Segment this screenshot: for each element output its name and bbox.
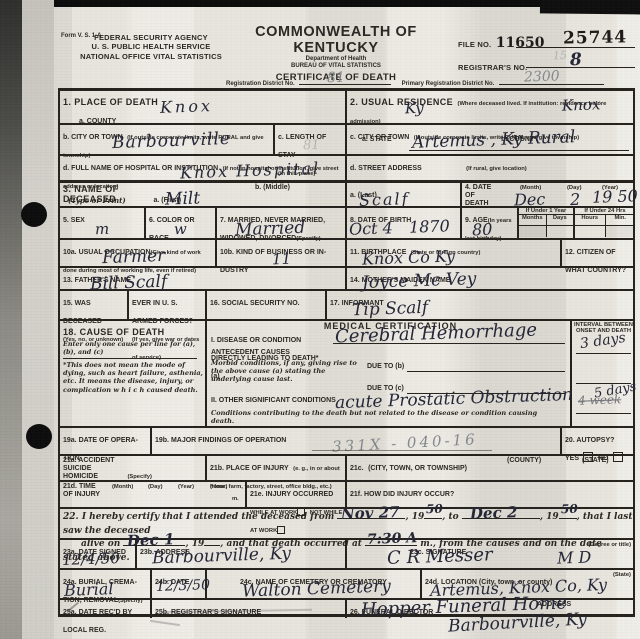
industry-value: 11 (272, 250, 292, 269)
cause-note1: Enter only one cause per line for (a), (… (63, 340, 203, 356)
color-race-label: 6. COLOR OR RACE (149, 217, 195, 242)
field-color-race: 6. COLOR OR RACE w (146, 208, 217, 240)
signature-degree-value: M D (557, 547, 592, 567)
marital-value: Married (235, 218, 306, 240)
date-of-death-label: 4. DATE OF DEATH (465, 184, 499, 208)
file-no-extra-stamped: 25744 (563, 27, 627, 48)
antecedent-label: ANTECEDENT CAUSES (211, 349, 290, 357)
signature-value: C R Messer (387, 544, 493, 569)
agency-block: FEDERAL SECURITY AGENCY U. S. PUBLIC HEA… (66, 33, 236, 61)
disease-label1: I. DISEASE OR CONDITION (211, 337, 301, 344)
scan-margin-band (22, 0, 54, 639)
field-city-of-death: b. CITY OR TOWN (If outside corporate li… (60, 125, 275, 156)
county-label: a. COUNTY (79, 118, 116, 125)
occupation-value: Farmer (102, 246, 166, 268)
months-box (519, 226, 547, 237)
days-label: Days (547, 215, 574, 225)
res-county-value: Knox (562, 95, 601, 114)
other-conditions-note: Conditions contributing to the death but… (211, 409, 541, 425)
informant-value: Tip Scalf (352, 298, 429, 321)
street-label: d. STREET ADDRESS (350, 165, 422, 172)
death-day-value: 2 (570, 190, 581, 209)
autopsy-label: 20. AUTOPSY? (565, 437, 614, 444)
field-age-under1: If Under 1 Year Months Days (519, 208, 575, 240)
field-birthplace: 11. BIRTHPLACE (State or foreign country… (347, 240, 562, 268)
field-name-of-deceased: 3. NAME OF DECEASED a. (First) b. (Middl… (60, 183, 347, 208)
field-ssn: 16. SOCIAL SECURITY NO. (207, 291, 327, 321)
field-age: 9. AGE(In years last birthday) 80 (462, 208, 519, 240)
injury-city-label: (CITY, TOWN, OR TOWNSHIP) (368, 465, 467, 472)
film-edge-left (0, 0, 22, 639)
ssn-label: 16. SOCIAL SECURITY NO. (210, 300, 300, 307)
field-date-signed: 23a. DATE SIGNED 12/4/50 (60, 540, 137, 570)
burial-date-value: 12/3/50 (156, 577, 211, 595)
min-box (606, 226, 636, 237)
injury-place-label: 21b. PLACE OF INJURY (210, 465, 289, 472)
injury-hour-label: (Hour) (210, 484, 227, 490)
under1-label: If Under 1 Year (519, 208, 573, 215)
accident-label: 21a. ACCIDENT SUICIDE HOMICIDE (63, 457, 123, 481)
cert-from-date: Nov 27 (341, 501, 400, 526)
field-registrar-signature: 25b. REGISTRAR'S SIGNATURE (152, 600, 347, 618)
divider (63, 358, 197, 359)
agency-line: FEDERAL SECURITY AGENCY (66, 33, 236, 42)
last-name-value: Scalf (359, 189, 410, 210)
primary-district-label: Primary Registration District No. (402, 81, 495, 87)
field-date-of-birth: 8. DATE OF BIRTH Oct 4 1870 (347, 208, 462, 240)
death-year-value: 19 50 (592, 186, 638, 207)
primary-district-value: 2300 (523, 68, 559, 85)
cert-text: , to (442, 512, 458, 522)
location-state-note: (State) (613, 572, 631, 578)
color-race-value: w (174, 220, 187, 238)
under24-label: If Under 24 Hrs (575, 208, 635, 215)
field-cemetery: 24c. NAME OF CEMETERY OR CREMATORY Walto… (207, 570, 422, 600)
field-industry: 10b. KIND OF BUSINESS OR IN- DUSTRY 11 (217, 240, 347, 268)
mother-value: Joyce Mc Vey (362, 269, 477, 293)
injury-city-prefix: 21c. (350, 465, 364, 472)
hours-box (575, 226, 606, 237)
field-occupation: 10a. USUAL OCCUPATION(Give kind of work … (60, 240, 217, 268)
field-injury-city: 21c. (CITY, TOWN, OR TOWNSHIP) (COUNTY) … (347, 456, 635, 482)
field-armed-forces-a: 15. WAS DECEASED (Yes, no, or unknown) (60, 291, 129, 321)
field-cause-of-death-stub: 18. CAUSE OF DEATH Enter only one cause … (60, 321, 207, 428)
cert-from-year: 50 (426, 500, 443, 519)
dob-value: Oct 4 (349, 218, 393, 239)
cert-number: 22. (63, 512, 79, 522)
other-conditions-label: II. OTHER SIGNIFICANT CONDITIONS (211, 397, 336, 405)
form-grid: 1. PLACE OF DEATH a. COUNTY Knox 2. USUA… (58, 88, 635, 617)
cert-to-year: 50 (560, 500, 577, 519)
file-no-stamped: 11650 (496, 35, 545, 51)
field-place-of-death: 1. PLACE OF DEATH a. COUNTY Knox (60, 91, 347, 125)
injury-county-label: (COUNTY) (507, 457, 541, 465)
field-date-received: 25a. DATE REC'D BY LOCAL REG. (60, 600, 152, 618)
cause-title: 18. CAUSE OF DEATH (63, 327, 165, 337)
field-marital-status: 7. MARRIED, NEVER MARRIED, WIDOWED, DIVO… (217, 208, 347, 240)
hospital-value: Knox Hospital (180, 159, 321, 183)
morbid-note: Morbid conditions, if any, giving rise t… (211, 359, 361, 384)
cert-text: I hereby certify that I attended the dec… (82, 512, 335, 522)
field-date-of-death: 4. DATE OF DEATH (Month) (Day) (Year) De… (462, 183, 635, 208)
field-armed-forces-b: EVER IN U. S. ARMED FORCES? (If yes, giv… (129, 291, 207, 321)
field-mother-name: 14. MOTHER'S MAIDEN NAME Joyce Mc Vey (347, 268, 635, 291)
days-box (547, 226, 574, 237)
cert-text: , 19 (540, 512, 559, 522)
file-no-label: FILE NO. (458, 40, 491, 49)
min-label: Min. (606, 215, 636, 225)
field-funeral-director: 26. FUNERAL DIRECTOR ADDRESS Hopper Fune… (347, 600, 635, 618)
how-injury-label: 21f. HOW DID INJURY OCCUR? (350, 491, 454, 498)
reg-district-label: Registration District No. (226, 81, 295, 87)
field-interval: INTERVAL BETWEEN ONSET AND DEATH 3 days … (572, 321, 635, 428)
field-length-of-stay: c. LENGTH OF STAY (in this place) 81 (275, 125, 347, 156)
place-of-death-title: 1. PLACE OF DEATH (63, 97, 158, 107)
reg-district-value: 81 (327, 70, 345, 87)
city-value: Barbourville (112, 129, 232, 153)
burial-value: Burial (64, 579, 114, 600)
field-burial-date: 24b. DATE 12/3/50 (152, 570, 207, 600)
findings-value: 331X - 040-16 (332, 430, 478, 456)
field-time-of-injury: 21d. TIME OF INJURY (Month) (Day) (Year)… (60, 482, 247, 509)
cert-text: , 19 (405, 512, 424, 522)
death-month-value: Dec (514, 189, 546, 209)
signature-degree-note: (Degree or title) (588, 542, 631, 548)
usual-residence-title: 2. USUAL RESIDENCE (350, 97, 453, 107)
field-signature: 23c. SIGNATURE (Degree or title) C R Mes… (347, 540, 635, 570)
field-signer-address: 23b. ADDRESS Barbourville, Ky (137, 540, 347, 570)
county-value: Knox (160, 96, 214, 117)
field-street-address: d. STREET ADDRESS (If rural, give locati… (347, 156, 635, 183)
middle-name-label: b. (Middle) (255, 184, 290, 192)
field-last-name: a. (Last) Scalf (347, 183, 462, 208)
state-value: Ky (405, 99, 424, 118)
registrar-no-label: REGISTRAR'S NO. (458, 63, 527, 72)
cause-note2: *This does not mean the mode of dying, s… (63, 361, 203, 394)
death-certificate-scan: Form V. S. 1-A FEDERAL SECURITY AGENCY U… (0, 0, 640, 639)
field-sex: 5. SEX m (60, 208, 146, 240)
injury-occurred-label: 21e. INJURY OCCURRED (250, 491, 333, 498)
punch-hole (26, 424, 52, 449)
field-medical-certification: MEDICAL CERTIFICATION I. DISEASE OR COND… (207, 321, 572, 428)
age-value: 80 (472, 220, 493, 240)
stay-value: 81 (303, 138, 320, 154)
accident-note: (Specify) (127, 474, 151, 480)
due-to-b-label: DUE TO (b) (367, 363, 404, 371)
dob-year-value: 1870 (409, 216, 450, 236)
field-informant: 17. INFORMANT Tip Scalf (327, 291, 635, 321)
name-note: (Type or Print) (68, 197, 126, 206)
months-label: Months (519, 215, 547, 225)
field-father-name: 13. FATHER'S NAME Bill Scalf (60, 268, 347, 291)
field-residence-city: c. CITY OR TOWN (If outside corporate li… (347, 125, 635, 156)
field-injury-occurred: 21e. INJURY OCCURRED WHILE AT WORK NOT W… (247, 482, 347, 509)
street-note: (If rural, give location) (466, 166, 527, 172)
injury-month-label: (Month) (112, 484, 133, 490)
field-operation-findings: 19b. MAJOR FINDINGS OF OPERATION 331X - … (152, 428, 562, 456)
sex-value: m (95, 220, 110, 238)
injury-hour-suffix: m. (232, 496, 239, 502)
field-place-of-injury: 21b. PLACE OF INJURY (e. g., in or about… (207, 456, 347, 482)
dept-line: Department of Health (226, 56, 446, 63)
file-no-block: FILE NO. 11650 25744 (458, 34, 635, 52)
registrar-no-light: 15 (553, 49, 567, 62)
field-date-of-operation: 19a. DATE OF OPERA- TION (60, 428, 152, 456)
birthplace-value: Knox Co Ky (362, 246, 456, 268)
punch-hole (21, 202, 47, 227)
sex-label: 5. SEX (63, 217, 85, 224)
findings-label: 19b. MAJOR FINDINGS OF OPERATION (155, 437, 286, 444)
agency-line: NATIONAL OFFICE VITAL STATISTICS (66, 52, 236, 61)
field-autopsy: 20. AUTOPSY? YES NO (562, 428, 635, 456)
hours-label: Hours (575, 215, 606, 225)
field-citizen: 12. CITIZEN OF WHAT COUNTRY? (562, 240, 635, 268)
first-name-value: Milt (165, 188, 201, 209)
field-certification-statement: 22. I hereby certify that I attended the… (60, 509, 635, 540)
field-age-under24: If Under 24 Hrs Hours Min. (575, 208, 635, 240)
injury-year-label: (Year) (178, 484, 194, 490)
commonwealth-title: COMMONWEALTH OF KENTUCKY (226, 24, 446, 56)
cemetery-value: Walton Cemetery (242, 576, 391, 601)
res-city-value: Artemus , Ky Rural (412, 127, 576, 153)
date-signed-value: 12/4/50 (62, 549, 120, 569)
field-accident-suicide: 21a. ACCIDENT SUICIDE HOMICIDE (Specify) (60, 456, 207, 482)
injury-time-label: 21d. TIME OF INJURY (63, 483, 103, 499)
injury-day-label: (Day) (148, 484, 163, 490)
field-burial: 24a. BURIAL, CREMA- TION, REMOVAL(Specif… (60, 570, 152, 600)
injury-state-label: (STATE) (582, 457, 609, 465)
agency-line: U. S. PUBLIC HEALTH SERVICE (66, 42, 236, 51)
cert-to-date: Dec 2 (469, 501, 517, 525)
field-usual-residence: 2. USUAL RESIDENCE (Where deceased lived… (347, 91, 635, 125)
field-hospital: d. FULL NAME OF HOSPITAL OR INSTITUTION … (60, 156, 347, 183)
form-header: Form V. S. 1-A FEDERAL SECURITY AGENCY U… (58, 24, 635, 88)
res-city-label: c. CITY OR TOWN (350, 134, 409, 141)
signer-address-value: Barbourville, Ky (152, 544, 292, 569)
film-edge-top-right (540, 0, 640, 15)
